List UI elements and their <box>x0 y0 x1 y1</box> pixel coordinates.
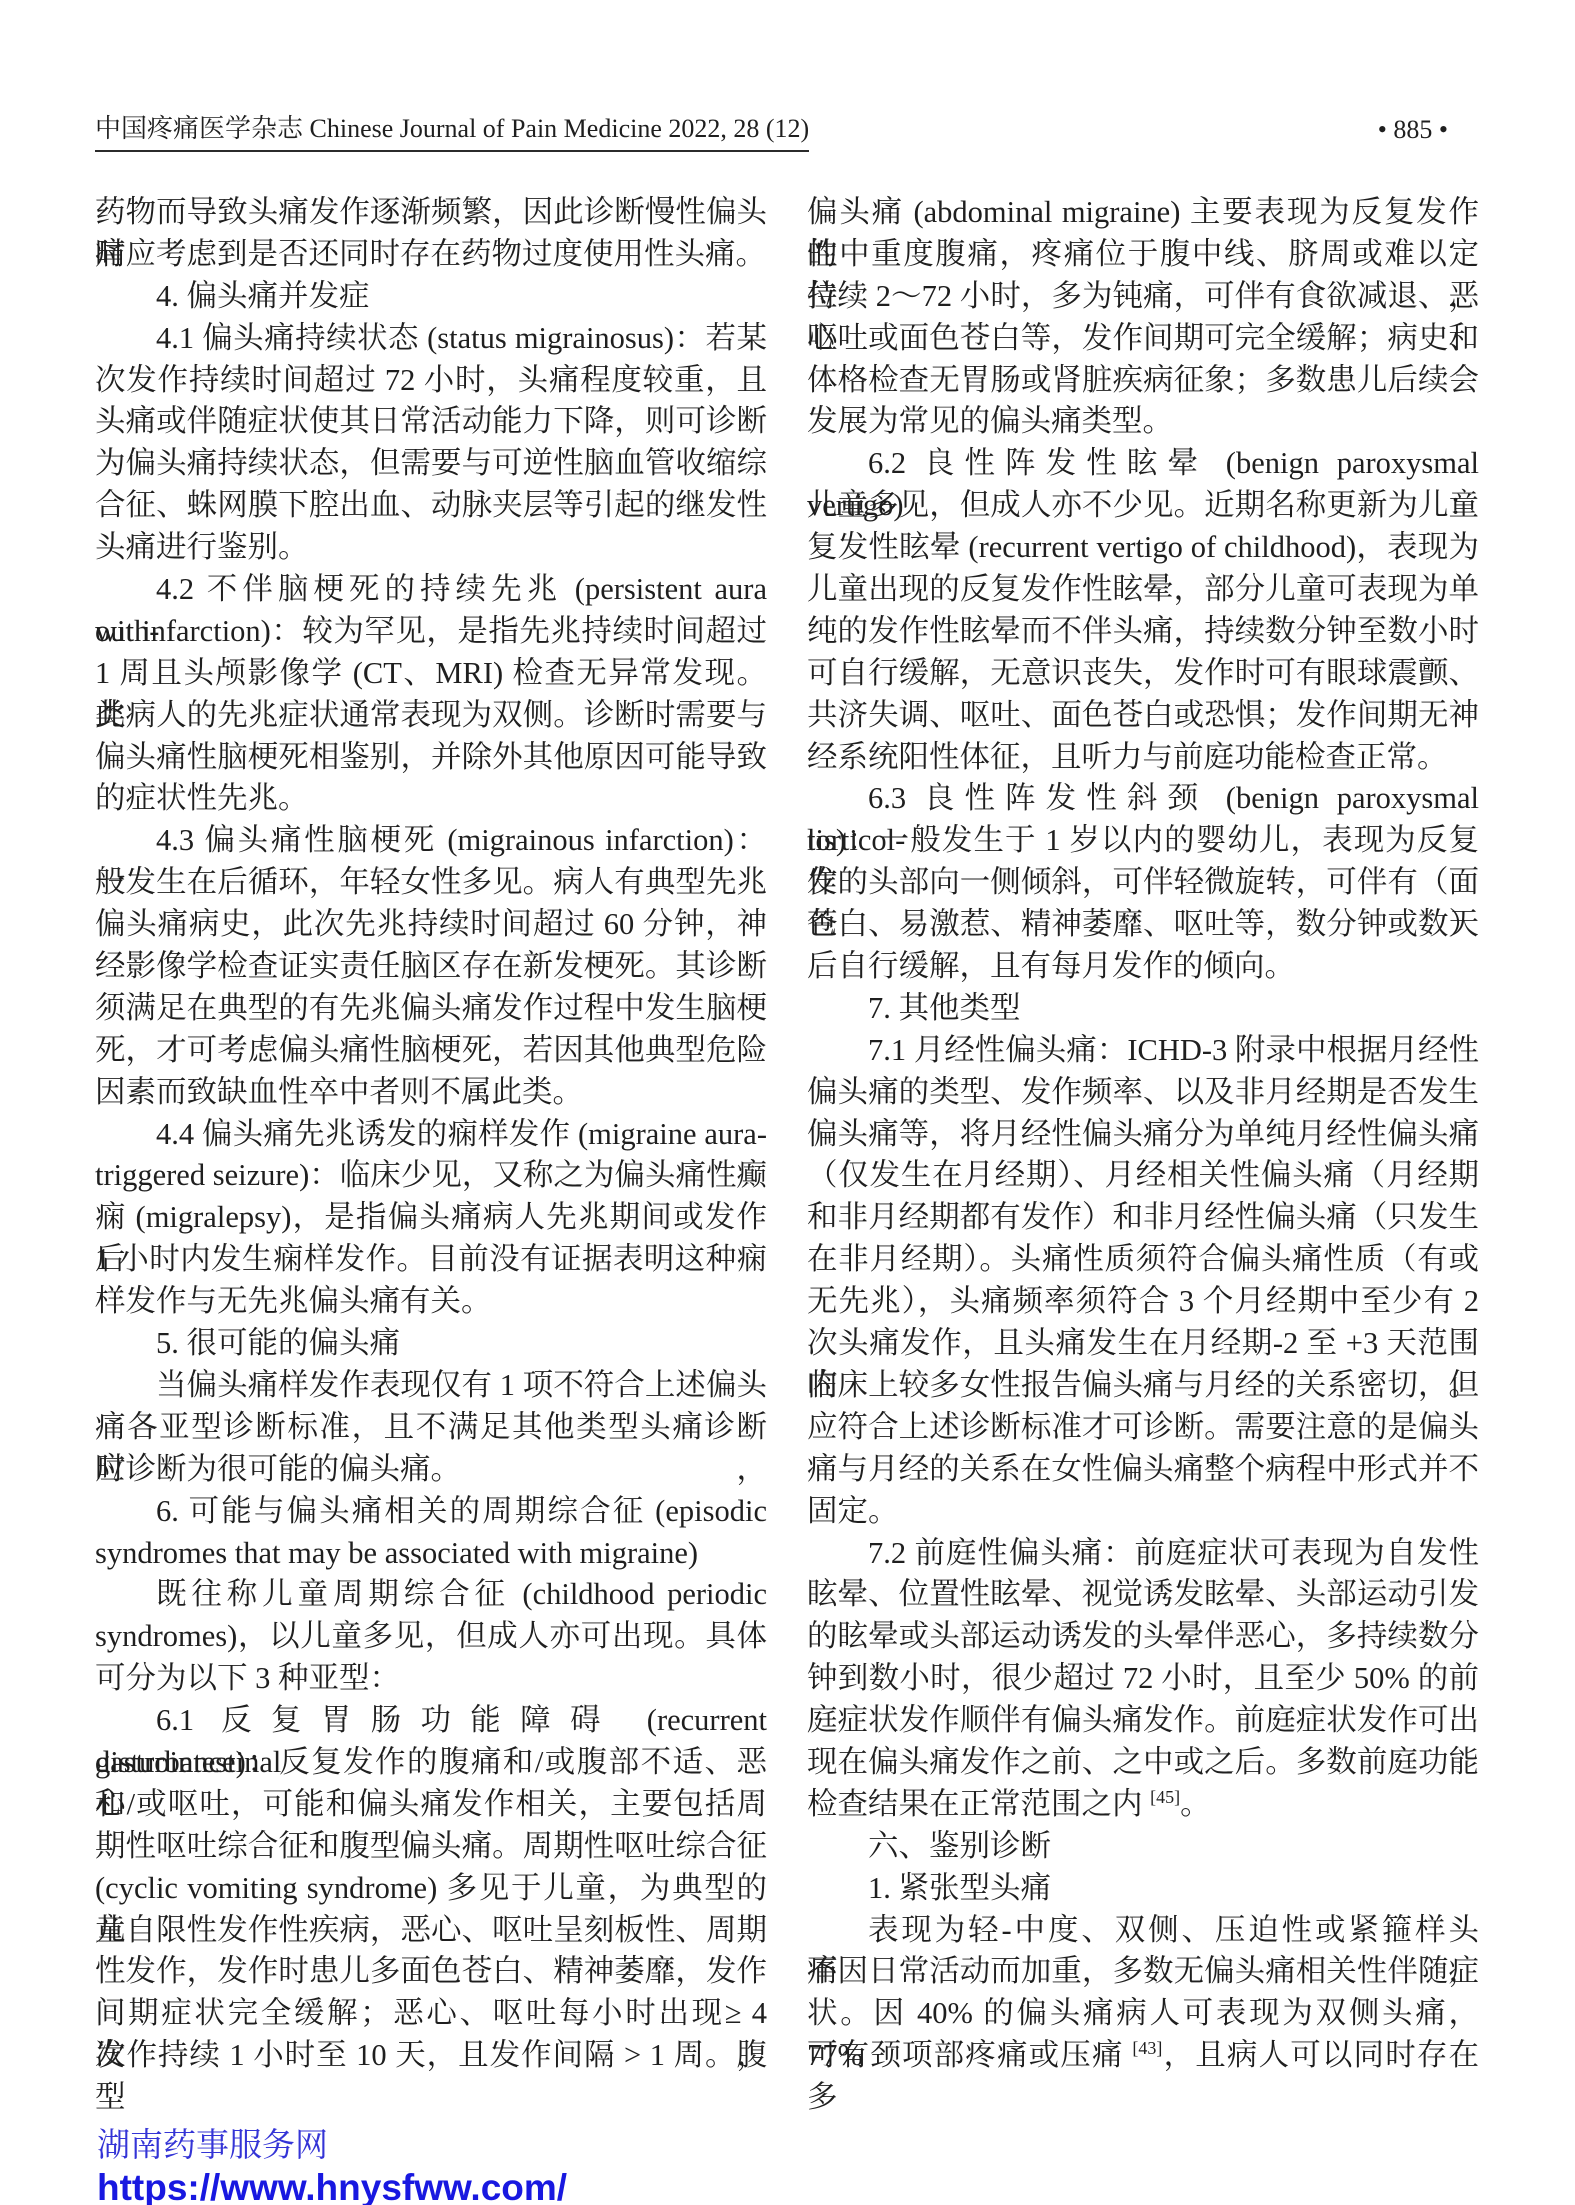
text-line: 4.1 偏头痛持续状态 (status migrainosus)：若某 <box>95 318 767 360</box>
text-line: 样发作与无先兆偏头痛有关。 <box>95 1281 767 1323</box>
text-line: 偏头痛的类型、发作频率、以及非月经期是否发生 <box>807 1072 1479 1114</box>
text-line: 钟到数小时，很少超过 72 小时，且至少 50% 的前 <box>807 1658 1479 1700</box>
text-line: out infarction)：较为罕见，是指先兆持续时间超过 <box>95 611 767 653</box>
text-line: 因素而致缺血性卒中者则不属此类。 <box>95 1072 767 1114</box>
text-line: 作的头部向一侧倾斜，可伴轻微旋转，可伴有（面色） <box>807 862 1479 904</box>
text-line: 后自行缓解，且有每月发作的倾向。 <box>807 946 1479 988</box>
text-line: 期性呕吐综合征和腹型偏头痛。周期性呕吐综合征 <box>95 1826 767 1868</box>
text-line: 状。因 40% 的偏头痛病人可表现为双侧头痛，77% <box>807 1993 1479 2035</box>
text-line: 现在偏头痛发作之前、之中或之后。多数前庭功能 <box>807 1742 1479 1784</box>
text-line: 体格检查无胃肠或肾脏疾病征象；多数患儿后续会 <box>807 360 1479 402</box>
text-line: 发展为常见的偏头痛类型。 <box>807 401 1479 443</box>
text-line: lis)：一般发生于 1 岁以内的婴幼儿，表现为反复发 <box>807 820 1479 862</box>
page-header: 中国疼痛医学杂志 Chinese Journal of Pain Medicin… <box>95 113 1448 159</box>
text-line: 偏头痛 (abdominal migraine) 主要表现为反复发作性 <box>807 192 1479 234</box>
text-line: 头痛进行鉴别。 <box>95 527 767 569</box>
text-line: 呕吐或面色苍白等，发作间期可完全缓解；病史和 <box>807 318 1479 360</box>
text-line: 苍白、易激惹、精神萎靡、呕吐等，数分钟或数天 <box>807 904 1479 946</box>
text-line: 共济失调、呕吐、面色苍白或恐惧；发作间期无神 <box>807 695 1479 737</box>
text-line: 6.2 良性阵发性眩晕 (benign paroxysmal vertigo)： <box>807 443 1479 485</box>
text-line: 痫 (migralepsy)，是指偏头痛病人先兆期间或发作后 <box>95 1197 767 1239</box>
text-line: 性发作，发作时患儿多面色苍白、精神萎靡，发作 <box>95 1951 767 1993</box>
text-line: 复发性眩晕 (recurrent vertigo of childhood)，表… <box>807 527 1479 569</box>
text-line: 儿童多见，但成人亦不少见。近期名称更新为儿童 <box>807 485 1479 527</box>
text-line: 庭症状发作顺伴有偏头痛发作。前庭症状发作可出 <box>807 1700 1479 1742</box>
text-line: 偏头痛病史，此次先兆持续时间超过 60 分钟，神 <box>95 904 767 946</box>
text-line: 头痛或伴随症状使其日常活动能力下降，则可诊断 <box>95 401 767 443</box>
text-line: 4. 偏头痛并发症 <box>95 276 767 318</box>
text-line: 合征、蛛网膜下腔出血、动脉夹层等引起的继发性 <box>95 485 767 527</box>
text-line: （仅发生在月经期）、月经相关性偏头痛（月经期 <box>807 1155 1479 1197</box>
text-line: 发作持续 1 小时至 10 天，且发作间隔 > 1 周。腹型 <box>95 2035 767 2077</box>
text-line: 的中重度腹痛，疼痛位于腹中线、脐周或难以定位， <box>807 234 1479 276</box>
watermark-site-name: 湖南药事服务网 <box>97 2126 567 2166</box>
text-line: 6. 可能与偏头痛相关的周期综合征 (episodic <box>95 1491 767 1533</box>
text-line: 偏头痛等，将月经性偏头痛分为单纯月经性偏头痛 <box>807 1114 1479 1156</box>
article-body: 药物而导致头痛发作逐渐频繁，因此诊断慢性偏头痛时应考虑到是否还同时存在药物过度使… <box>95 192 1479 2077</box>
text-line: 痛各亚型诊断标准，且不满足其他类型头痛诊断时， <box>95 1407 767 1449</box>
text-line: 4.2 不伴脑梗死的持续先兆 (persistent aura with- <box>95 569 767 611</box>
text-line: 次发作持续时间超过 72 小时，头痛程度较重，且 <box>95 360 767 402</box>
text-line: 经影像学检查证实责任脑区存在新发梗死。其诊断 <box>95 946 767 988</box>
text-line: 纯的发作性眩晕而不伴头痛，持续数分钟至数小时 <box>807 611 1479 653</box>
text-line: 4.4 偏头痛先兆诱发的痫样发作 (migraine aura- <box>95 1114 767 1156</box>
text-line: 的眩晕或头部运动诱发的头晕伴恶心，多持续数分 <box>807 1616 1479 1658</box>
text-line: 时应考虑到是否还同时存在药物过度使用性头痛。 <box>95 234 767 276</box>
text-line: 为偏头痛持续状态，但需要与可逆性脑血管收缩综 <box>95 443 767 485</box>
text-line: 在非月经期）。头痛性质须符合偏头痛性质（有或 <box>807 1239 1479 1281</box>
text-line: 类病人的先兆症状通常表现为双侧。诊断时需要与 <box>95 695 767 737</box>
reference-marker: [43] <box>1132 2038 1162 2058</box>
text-line: 7. 其他类型 <box>807 988 1479 1030</box>
text-line: 5. 很可能的偏头痛 <box>95 1323 767 1365</box>
text-line: 4.3 偏头痛性脑梗死 (migrainous infarction)：一 <box>95 820 767 862</box>
text-line: 既往称儿童周期综合征 (childhood periodic <box>95 1574 767 1616</box>
text-line: 间期症状完全缓解；恶心、呕吐每小时出现≥ 4 次， <box>95 1993 767 2035</box>
text-line: 检查结果在正常范围之内 [45]。 <box>807 1784 1479 1826</box>
text-line: 1 周且头颅影像学 (CT、MRI) 检查无异常发现。此 <box>95 653 767 695</box>
text-line: 般发生在后循环，年轻女性多见。病人有典型先兆 <box>95 862 767 904</box>
text-line: 可分为以下 3 种亚型： <box>95 1658 767 1700</box>
text-line: triggered seizure)：临床少见，又称之为偏头痛性癫 <box>95 1155 767 1197</box>
text-line: 当偏头痛样发作表现仅有 1 项不符合上述偏头 <box>95 1365 767 1407</box>
text-line: 6.3 良性阵发性斜颈 (benign paroxysmal torticol- <box>807 778 1479 820</box>
text-line: 可有颈项部疼痛或压痛 [43]，且病人可以同时存在多 <box>807 2035 1479 2077</box>
text-line: 1 小时内发生痫样发作。目前没有证据表明这种痫 <box>95 1239 767 1281</box>
text-line: 眩晕、位置性眩晕、视觉诱发眩晕、头部运动引发 <box>807 1574 1479 1616</box>
text-line: 死，才可考虑偏头痛性脑梗死，若因其他典型危险 <box>95 1030 767 1072</box>
text-line: disturbance)：反复发作的腹痛和/或腹部不适、恶心 <box>95 1742 767 1784</box>
text-line: 经系统阳性体征，且听力与前庭功能检查正常。 <box>807 737 1479 779</box>
text-line: 童自限性发作性疾病，恶心、呕吐呈刻板性、周期 <box>95 1910 767 1952</box>
text-line: 次头痛发作，且头痛发生在月经期-2 至 +3 天范围内。 <box>807 1323 1479 1365</box>
right-column: 偏头痛 (abdominal migraine) 主要表现为反复发作性的中重度腹… <box>807 192 1479 2077</box>
journal-title: 中国疼痛医学杂志 Chinese Journal of Pain Medicin… <box>95 113 809 152</box>
text-line: 药物而导致头痛发作逐渐频繁，因此诊断慢性偏头痛 <box>95 192 767 234</box>
page: 中国疼痛医学杂志 Chinese Journal of Pain Medicin… <box>0 0 1575 2205</box>
text-line: (cyclic vomiting syndrome) 多见于儿童，为典型的儿 <box>95 1868 767 1910</box>
text-line: 痛与月经的关系在女性偏头痛整个病程中形式并不 <box>807 1449 1479 1491</box>
page-number: • 885 • <box>1378 115 1448 145</box>
page-footer: 湖南药事服务网 https://www.hnysfww.com/ <box>97 2126 567 2205</box>
text-line: 偏头痛性脑梗死相鉴别，并除外其他原因可能导致 <box>95 737 767 779</box>
text-line: 表现为轻-中度、双侧、压迫性或紧箍样头痛， <box>807 1910 1479 1952</box>
text-line: 和/或呕吐，可能和偏头痛发作相关，主要包括周 <box>95 1784 767 1826</box>
text-line: 儿童出现的反复发作性眩晕，部分儿童可表现为单 <box>807 569 1479 611</box>
text-line: syndromes)，以儿童多见，但成人亦可出现。具体 <box>95 1616 767 1658</box>
text-line: syndromes that may be associated with mi… <box>95 1533 767 1575</box>
text-line: 六、鉴别诊断 <box>807 1826 1479 1868</box>
text-line: 1. 紧张型头痛 <box>807 1868 1479 1910</box>
text-line: 和非月经期都有发作）和非月经性偏头痛（只发生 <box>807 1197 1479 1239</box>
text-line: 7.1 月经性偏头痛：ICHD-3 附录中根据月经性 <box>807 1030 1479 1072</box>
reference-marker: [45] <box>1150 1787 1180 1807</box>
text-line: 7.2 前庭性偏头痛：前庭症状可表现为自发性 <box>807 1533 1479 1575</box>
text-line: 的症状性先兆。 <box>95 778 767 820</box>
text-line: 不因日常活动而加重，多数无偏头痛相关性伴随症 <box>807 1951 1479 1993</box>
text-line: 6.1 反复胃肠功能障碍 (recurrent gastrointestinal <box>95 1700 767 1742</box>
text-line: 持续 2～72 小时，多为钝痛，可伴有食欲减退、恶心、 <box>807 276 1479 318</box>
watermark-site-url[interactable]: https://www.hnysfww.com/ <box>97 2166 567 2205</box>
text-line: 临床上较多女性报告偏头痛与月经的关系密切，但 <box>807 1365 1479 1407</box>
left-column: 药物而导致头痛发作逐渐频繁，因此诊断慢性偏头痛时应考虑到是否还同时存在药物过度使… <box>95 192 767 2077</box>
text-line: 应符合上述诊断标准才可诊断。需要注意的是偏头 <box>807 1407 1479 1449</box>
text-line: 可自行缓解，无意识丧失，发作时可有眼球震颤、 <box>807 653 1479 695</box>
text-line: 无先兆），头痛频率须符合 3 个月经期中至少有 2 <box>807 1281 1479 1323</box>
text-line: 固定。 <box>807 1491 1479 1533</box>
text-line: 须满足在典型的有先兆偏头痛发作过程中发生脑梗 <box>95 988 767 1030</box>
